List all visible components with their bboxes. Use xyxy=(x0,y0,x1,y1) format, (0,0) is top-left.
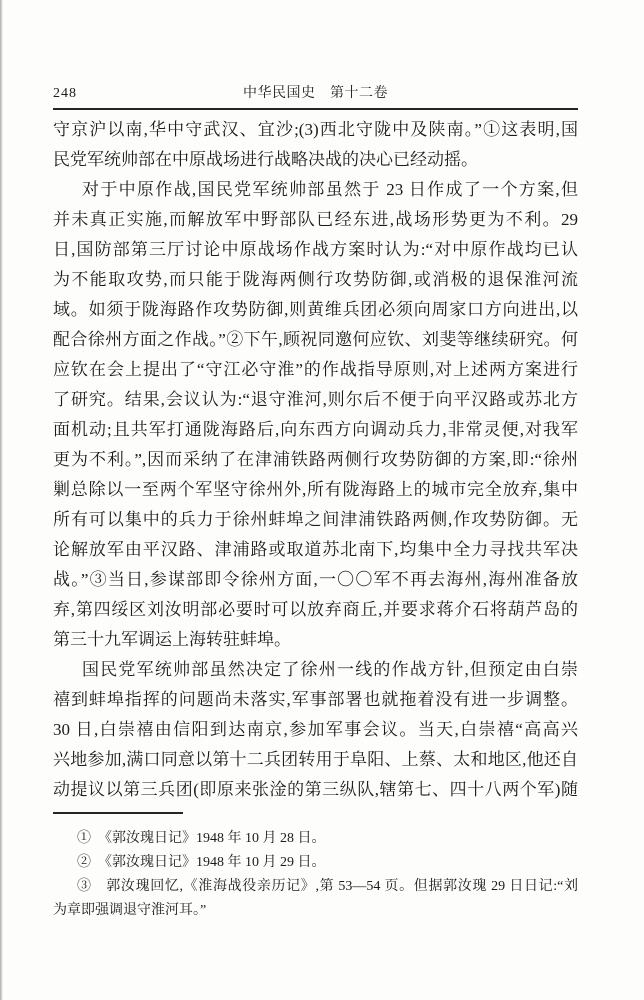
text-line: 更为不利。”,因而采纳了在津浦铁路两侧行攻势防御的方案,即:“徐州 xyxy=(53,445,578,475)
paragraph: 对于中原作战,国民党军统帅部虽然于 23 日作成了一个方案,但并未真正实施,而解… xyxy=(53,175,578,655)
page-header: 248 中华民国史 第十二卷 xyxy=(53,86,578,102)
body-text: 守京沪以南,华中守武汉、宜沙;(3)西北守陇中及陕南。”①这表明,国民党军统帅部… xyxy=(53,115,578,805)
text-line: 弃,第四绥区刘汝明部必要时可以放弃商丘,并要求蒋介石将葫芦岛的 xyxy=(53,595,578,625)
text-line: 对于中原作战,国民党军统帅部虽然于 23 日作成了一个方案,但 xyxy=(53,175,578,205)
text-line: 第三十九军调运上海转驻蚌埠。 xyxy=(53,625,578,655)
footnote-line: ① 《郭汝瑰日记》1948 年 10 月 28 日。 xyxy=(53,827,578,851)
book-page: 248 中华民国史 第十二卷 守京沪以南,华中守武汉、宜沙;(3)西北守陇中及陕… xyxy=(0,0,644,1000)
text-line: 域。如须于陇海路作攻势防御,则黄维兵团必须向周家口方向进出,以 xyxy=(53,295,578,325)
text-line: 战。”③当日,参谋部即令徐州方面,一〇〇军不再去海州,海州准备放 xyxy=(53,565,578,595)
footnote-line: 为章即强调退守淮河耳。” xyxy=(53,899,578,923)
text-line: 论解放军由平汉路、津浦路或取道苏北南下,均集中全力寻找共军决 xyxy=(53,535,578,565)
footnote-divider xyxy=(53,812,183,814)
footnotes: ① 《郭汝瑰日记》1948 年 10 月 28 日。② 《郭汝瑰日记》1948 … xyxy=(53,827,578,923)
header-rule xyxy=(53,108,578,110)
text-line: 守京沪以南,华中守武汉、宜沙;(3)西北守陇中及陕南。”①这表明,国 xyxy=(53,115,578,145)
footnote-line: ③ 郭汝瑰回忆,《淮海战役亲历记》,第 53—54 页。但据郭汝瑰 29 日日记… xyxy=(53,875,578,899)
page-number: 248 xyxy=(53,86,123,102)
text-line: 动提议以第三兵团(即原来张淦的第三纵队,辖第七、四十八两个军)随 xyxy=(53,775,578,805)
text-line: 配合徐州方面之作战。”②下午,顾祝同邀何应钦、刘斐等继续研究。何 xyxy=(53,325,578,355)
text-line: 禧到蚌埠指挥的问题尚未落实,军事部署也就拖着没有进一步调整。 xyxy=(53,685,578,715)
book-title: 中华民国史 第十二卷 xyxy=(123,86,508,102)
text-line: 剿总除以一至两个军坚守徐州外,所有陇海路上的城市完全放弃,集中 xyxy=(53,475,578,505)
text-line: 了研究。结果,会议认为:“退守淮河,则尔后不便于向平汉路或苏北方 xyxy=(53,385,578,415)
text-line: 30 日,白崇禧由信阳到达南京,参加军事会议。当天,白崇禧“高高兴 xyxy=(53,715,578,745)
text-line: 兴地参加,满口同意以第十二兵团转用于阜阳、上蔡、太和地区,他还自 xyxy=(53,745,578,775)
footnote: ② 《郭汝瑰日记》1948 年 10 月 29 日。 xyxy=(53,851,578,875)
text-line: 国民党军统帅部虽然决定了徐州一线的作战方针,但预定由白崇 xyxy=(53,655,578,685)
paragraph: 国民党军统帅部虽然决定了徐州一线的作战方针,但预定由白崇禧到蚌埠指挥的问题尚未落… xyxy=(53,655,578,805)
footnote: ① 《郭汝瑰日记》1948 年 10 月 28 日。 xyxy=(53,827,578,851)
text-line: 所有可以集中的兵力于徐州蚌埠之间津浦铁路两侧,作攻势防御。无 xyxy=(53,505,578,535)
text-line: 日,国防部第三厅讨论中原战场作战方案时认为:“对中原作战均已认 xyxy=(53,235,578,265)
text-line: 民党军统帅部在中原战场进行战略决战的决心已经动摇。 xyxy=(53,145,578,175)
text-line: 面机动;且共军打通陇海路后,向东西方向调动兵力,非常灵便,对我军 xyxy=(53,415,578,445)
text-line: 为不能取攻势,而只能于陇海两侧行攻势防御,或消极的退保淮河流 xyxy=(53,265,578,295)
text-line: 应钦在会上提出了“守江必守淮”的作战指导原则,对上述两方案进行 xyxy=(53,355,578,385)
footnote: ③ 郭汝瑰回忆,《淮海战役亲历记》,第 53—54 页。但据郭汝瑰 29 日日记… xyxy=(53,875,578,923)
scan-edge-shadow xyxy=(0,0,3,1000)
paragraph: 守京沪以南,华中守武汉、宜沙;(3)西北守陇中及陕南。”①这表明,国民党军统帅部… xyxy=(53,115,578,175)
text-line: 并未真正实施,而解放军中野部队已经东进,战场形势更为不利。29 xyxy=(53,205,578,235)
footnote-line: ② 《郭汝瑰日记》1948 年 10 月 29 日。 xyxy=(53,851,578,875)
